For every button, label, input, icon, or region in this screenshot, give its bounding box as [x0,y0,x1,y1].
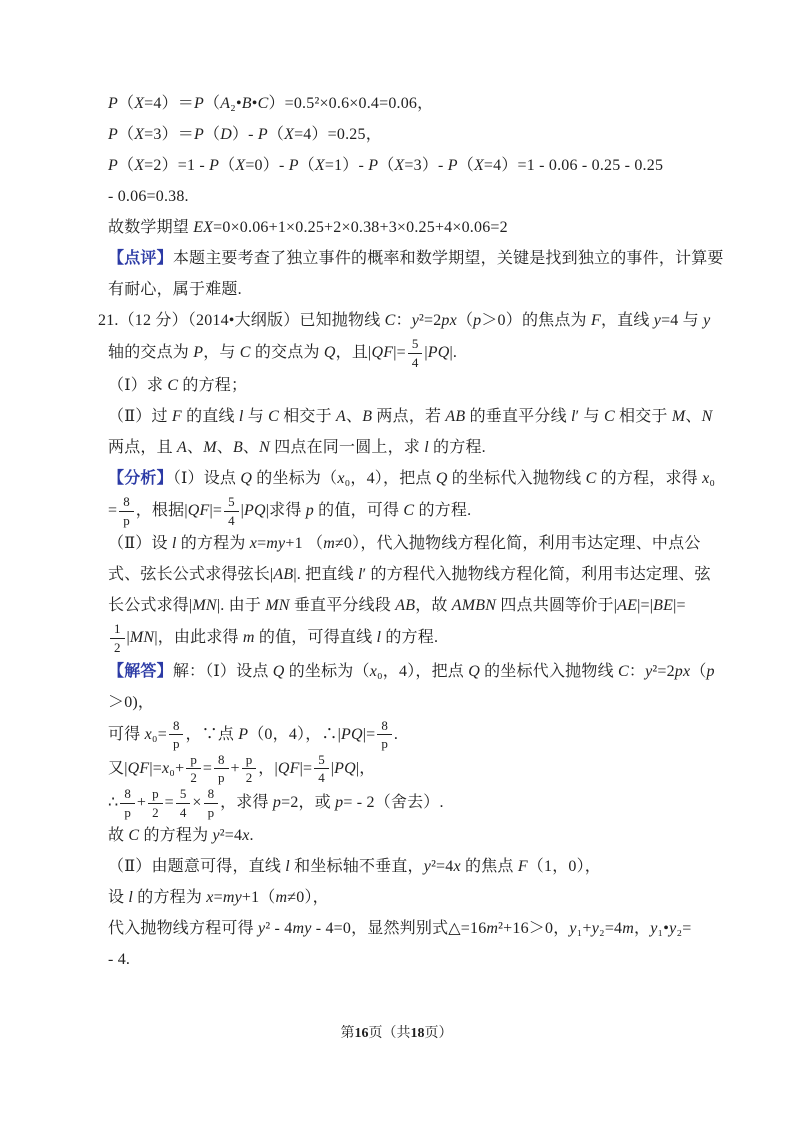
fraction: 8p [119,494,134,528]
math-variable: y [424,858,431,875]
text-line: 轴的交点为 P，与 C 的交点为 Q，且|QF|=54|PQ|. [108,336,698,370]
math-variable: P [108,157,118,174]
math-variable: p [335,794,343,811]
math-variable: B [242,95,252,112]
text-line: =8p，根据|QF|=54|PQ|求得 p 的值，可得 C 的方程. [108,494,698,528]
math-variable: P [194,126,204,143]
fraction: 8p [120,786,135,820]
math-variable: AE [617,597,637,614]
text-line: 两点，且 A、M、B、N 四点在同一圆上，求 l 的方程. [108,432,698,463]
text-line: 又|QF|=x₀+p2=8p+p2，|QF|=54|PQ|， [108,752,698,786]
math-variable: C [268,408,279,425]
math-variable: l [377,629,382,646]
math-variable: y [569,920,576,937]
math-variable: l [285,858,290,875]
text-line: 可得 x₀=8p，∵点 P（0，4），∴|PQ|=8p. [108,718,698,752]
math-variable: BE [653,597,673,614]
math-variable: MN [265,597,289,614]
math-variable: N [259,439,270,456]
math-variable: Q [324,344,336,361]
math-variable: m [622,920,634,937]
fraction: p2 [148,786,163,820]
text-line: 【点评】本题主要考查了独立事件的概率和数学期望，关键是找到独立的事件，计算要 [108,243,698,274]
math-variable: x [145,725,152,742]
math-variable: y [703,312,710,329]
math-variable: AB [395,597,415,614]
fraction: 54 [176,786,191,820]
math-variable: PQ [334,760,356,777]
math-variable: y [650,920,657,937]
math-variable: y [592,920,599,937]
text-line: 故 C 的方程为 y²=4x. [108,820,698,851]
math-variable: MN [192,597,216,614]
math-variable: x [453,858,460,875]
math-variable: QF [188,502,210,519]
math-variable: X [315,157,325,174]
math-variable: X [474,157,484,174]
math-variable: X [134,157,144,174]
math-variable: AB [273,566,293,583]
math-variable: C [586,470,597,487]
math-variable: p [306,502,314,519]
text-line: ＞0)， [108,687,698,718]
math-variable: C [618,663,629,680]
math-variable: P [238,725,248,742]
fraction: p2 [242,752,257,786]
math-variable: m [486,920,498,937]
math-variable: p [273,794,281,811]
fraction: 54 [314,752,329,786]
text-line: 故数学期望 EX=0×0.06+1×0.25+2×0.38+3×0.25+4×0… [108,212,698,243]
math-variable: l [358,566,363,583]
math-variable: y [412,312,419,329]
text-line: 【分析】（Ⅰ）设点 Q 的坐标为（x₀，4），把点 Q 的坐标代入抛物线 C 的… [108,463,698,494]
math-variable: A [220,95,230,112]
text-line: P（X=3）＝P（D）- P（X=4）=0.25， [108,119,698,150]
text-line: 代入抛物线方程可得 y² - 4my - 4=0，显然判别式△=16m²+16＞… [108,913,698,944]
fraction: 12 [110,621,125,655]
math-variable: m [323,535,335,552]
math-variable: P [108,95,118,112]
document-page: P（X=4）＝P（A₂•B•C）=0.5²×0.6×0.4=0.06，P（X=3… [0,0,793,1122]
fraction: 54 [224,494,239,528]
math-variable: AB [445,408,465,425]
math-variable: F [172,408,182,425]
math-variable: EX [193,219,213,236]
text-line: ∴8p+p2=54×8p，求得 p=2，或 p= - 2（舍去）. [108,786,698,820]
math-variable: P [209,157,219,174]
math-variable: x [370,663,377,680]
math-variable: C [167,377,178,394]
math-variable: C [240,344,251,361]
math-variable: X [235,157,245,174]
text-line: P（X=4）＝P（A₂•B•C）=0.5²×0.6×0.4=0.06， [108,88,698,119]
section-label: 【解答】 [108,663,173,680]
page-footer: 第16页（共18页） [0,1022,793,1042]
math-variable: P [193,344,203,361]
math-variable: P [194,95,204,112]
text-line: 式、弦长公式求得弦长|AB|. 把直线 l′ 的方程代入抛物线方程化简，利用韦达… [108,559,698,590]
math-variable: MN [130,629,154,646]
fraction: 8p [204,786,219,820]
math-variable: PQ [244,502,266,519]
math-variable: AMBN [452,597,496,614]
math-variable: p [473,312,481,329]
math-variable: l [128,889,133,906]
math-variable: Q [468,663,480,680]
math-variable: QF [278,760,300,777]
math-variable: y [669,920,676,937]
math-variable: m [276,889,288,906]
math-variable: l [239,408,244,425]
math-variable: p [707,663,715,680]
math-variable: X [134,95,144,112]
math-variable: P [448,157,458,174]
math-variable: my [292,920,311,937]
text-line: 【解答】解：（Ⅰ）设点 Q 的坐标为（x₀，4），把点 Q 的坐标代入抛物线 C… [108,656,698,687]
math-variable: PQ [341,725,363,742]
math-variable: F [591,312,601,329]
math-variable: B [233,439,243,456]
math-variable: x [702,470,709,487]
math-variable: l [424,439,429,456]
math-variable: x [242,827,249,844]
section-label: 【点评】 [108,250,173,267]
math-variable: P [108,126,118,143]
math-variable: X [394,157,404,174]
math-variable: QF [128,760,150,777]
math-variable: P [368,157,378,174]
math-variable: px [675,663,691,680]
math-variable: D [220,126,232,143]
text-line: P（X=2）=1 - P（X=0）- P（X=1）- P（X=3）- P（X=4… [108,150,698,181]
math-variable: Q [436,470,448,487]
fraction: 54 [408,336,423,370]
math-variable: Q [240,470,252,487]
math-variable: x [250,535,257,552]
math-variable: my [223,889,242,906]
math-variable: A [336,408,346,425]
math-variable: l [571,408,576,425]
math-variable: P [258,126,268,143]
text-line: 有耐心，属于难题. [108,274,698,305]
math-variable: m [243,629,255,646]
math-variable: QF [371,344,393,361]
math-variable: y [645,663,652,680]
math-variable: B [362,408,372,425]
text-line: （Ⅱ）设 l 的方程为 x=my+1 （m≠0），代入抛物线方程化简，利用韦达定… [108,528,698,559]
math-variable: X [134,126,144,143]
math-variable: A [177,439,187,456]
text-line: 21.（12 分）（2014•大纲版）已知抛物线 C：y²=2px（p＞0）的焦… [98,305,698,336]
text-line: （Ⅰ）求 C 的方程； [108,370,698,401]
math-variable: P [289,157,299,174]
math-variable: l [172,535,177,552]
math-variable: X [284,126,294,143]
text-line: - 0.06=0.38. [108,181,698,212]
section-label: 【分析】 [108,470,173,487]
text-line: 长公式求得|MN|. 由于 MN 垂直平分线段 AB，故 AMBN 四点共圆等价… [108,590,698,621]
math-variable: C [258,95,269,112]
math-variable: x [162,760,169,777]
fraction: 8p [214,752,229,786]
fraction: p2 [186,752,201,786]
math-variable: C [403,502,414,519]
math-variable: M [203,439,217,456]
math-variable: F [518,858,528,875]
text-line: 12|MN|，由此求得 m 的值，可得直线 l 的方程. [108,621,698,655]
math-variable: y [258,920,265,937]
math-variable: Q [273,663,285,680]
math-variable: N [702,408,713,425]
math-variable: px [441,312,457,329]
document-body: P（X=4）＝P（A₂•B•C）=0.5²×0.6×0.4=0.06，P（X=3… [98,88,698,975]
math-variable: M [672,408,686,425]
text-line: - 4. [108,944,698,975]
text-line: （Ⅱ）由题意可得，直线 l 和坐标轴不垂直，y²=4x 的焦点 F（1，0）， [108,851,698,882]
math-variable: PQ [428,344,450,361]
fraction: 8p [377,718,392,752]
bold-text: 18 [411,1026,425,1041]
math-variable: y [212,827,219,844]
math-variable: x [206,889,213,906]
fraction: 8p [169,718,184,752]
text-line: 设 l 的方程为 x=my+1（m≠0）， [108,882,698,913]
math-variable: C [385,312,396,329]
math-variable: my [266,535,285,552]
math-variable: y [654,312,661,329]
math-variable: x [337,470,344,487]
math-variable: C [604,408,615,425]
math-variable: C [128,827,139,844]
bold-text: 16 [355,1026,369,1041]
text-line: （Ⅱ）过 F 的直线 l 与 C 相交于 A、B 两点，若 AB 的垂直平分线 … [108,401,698,432]
